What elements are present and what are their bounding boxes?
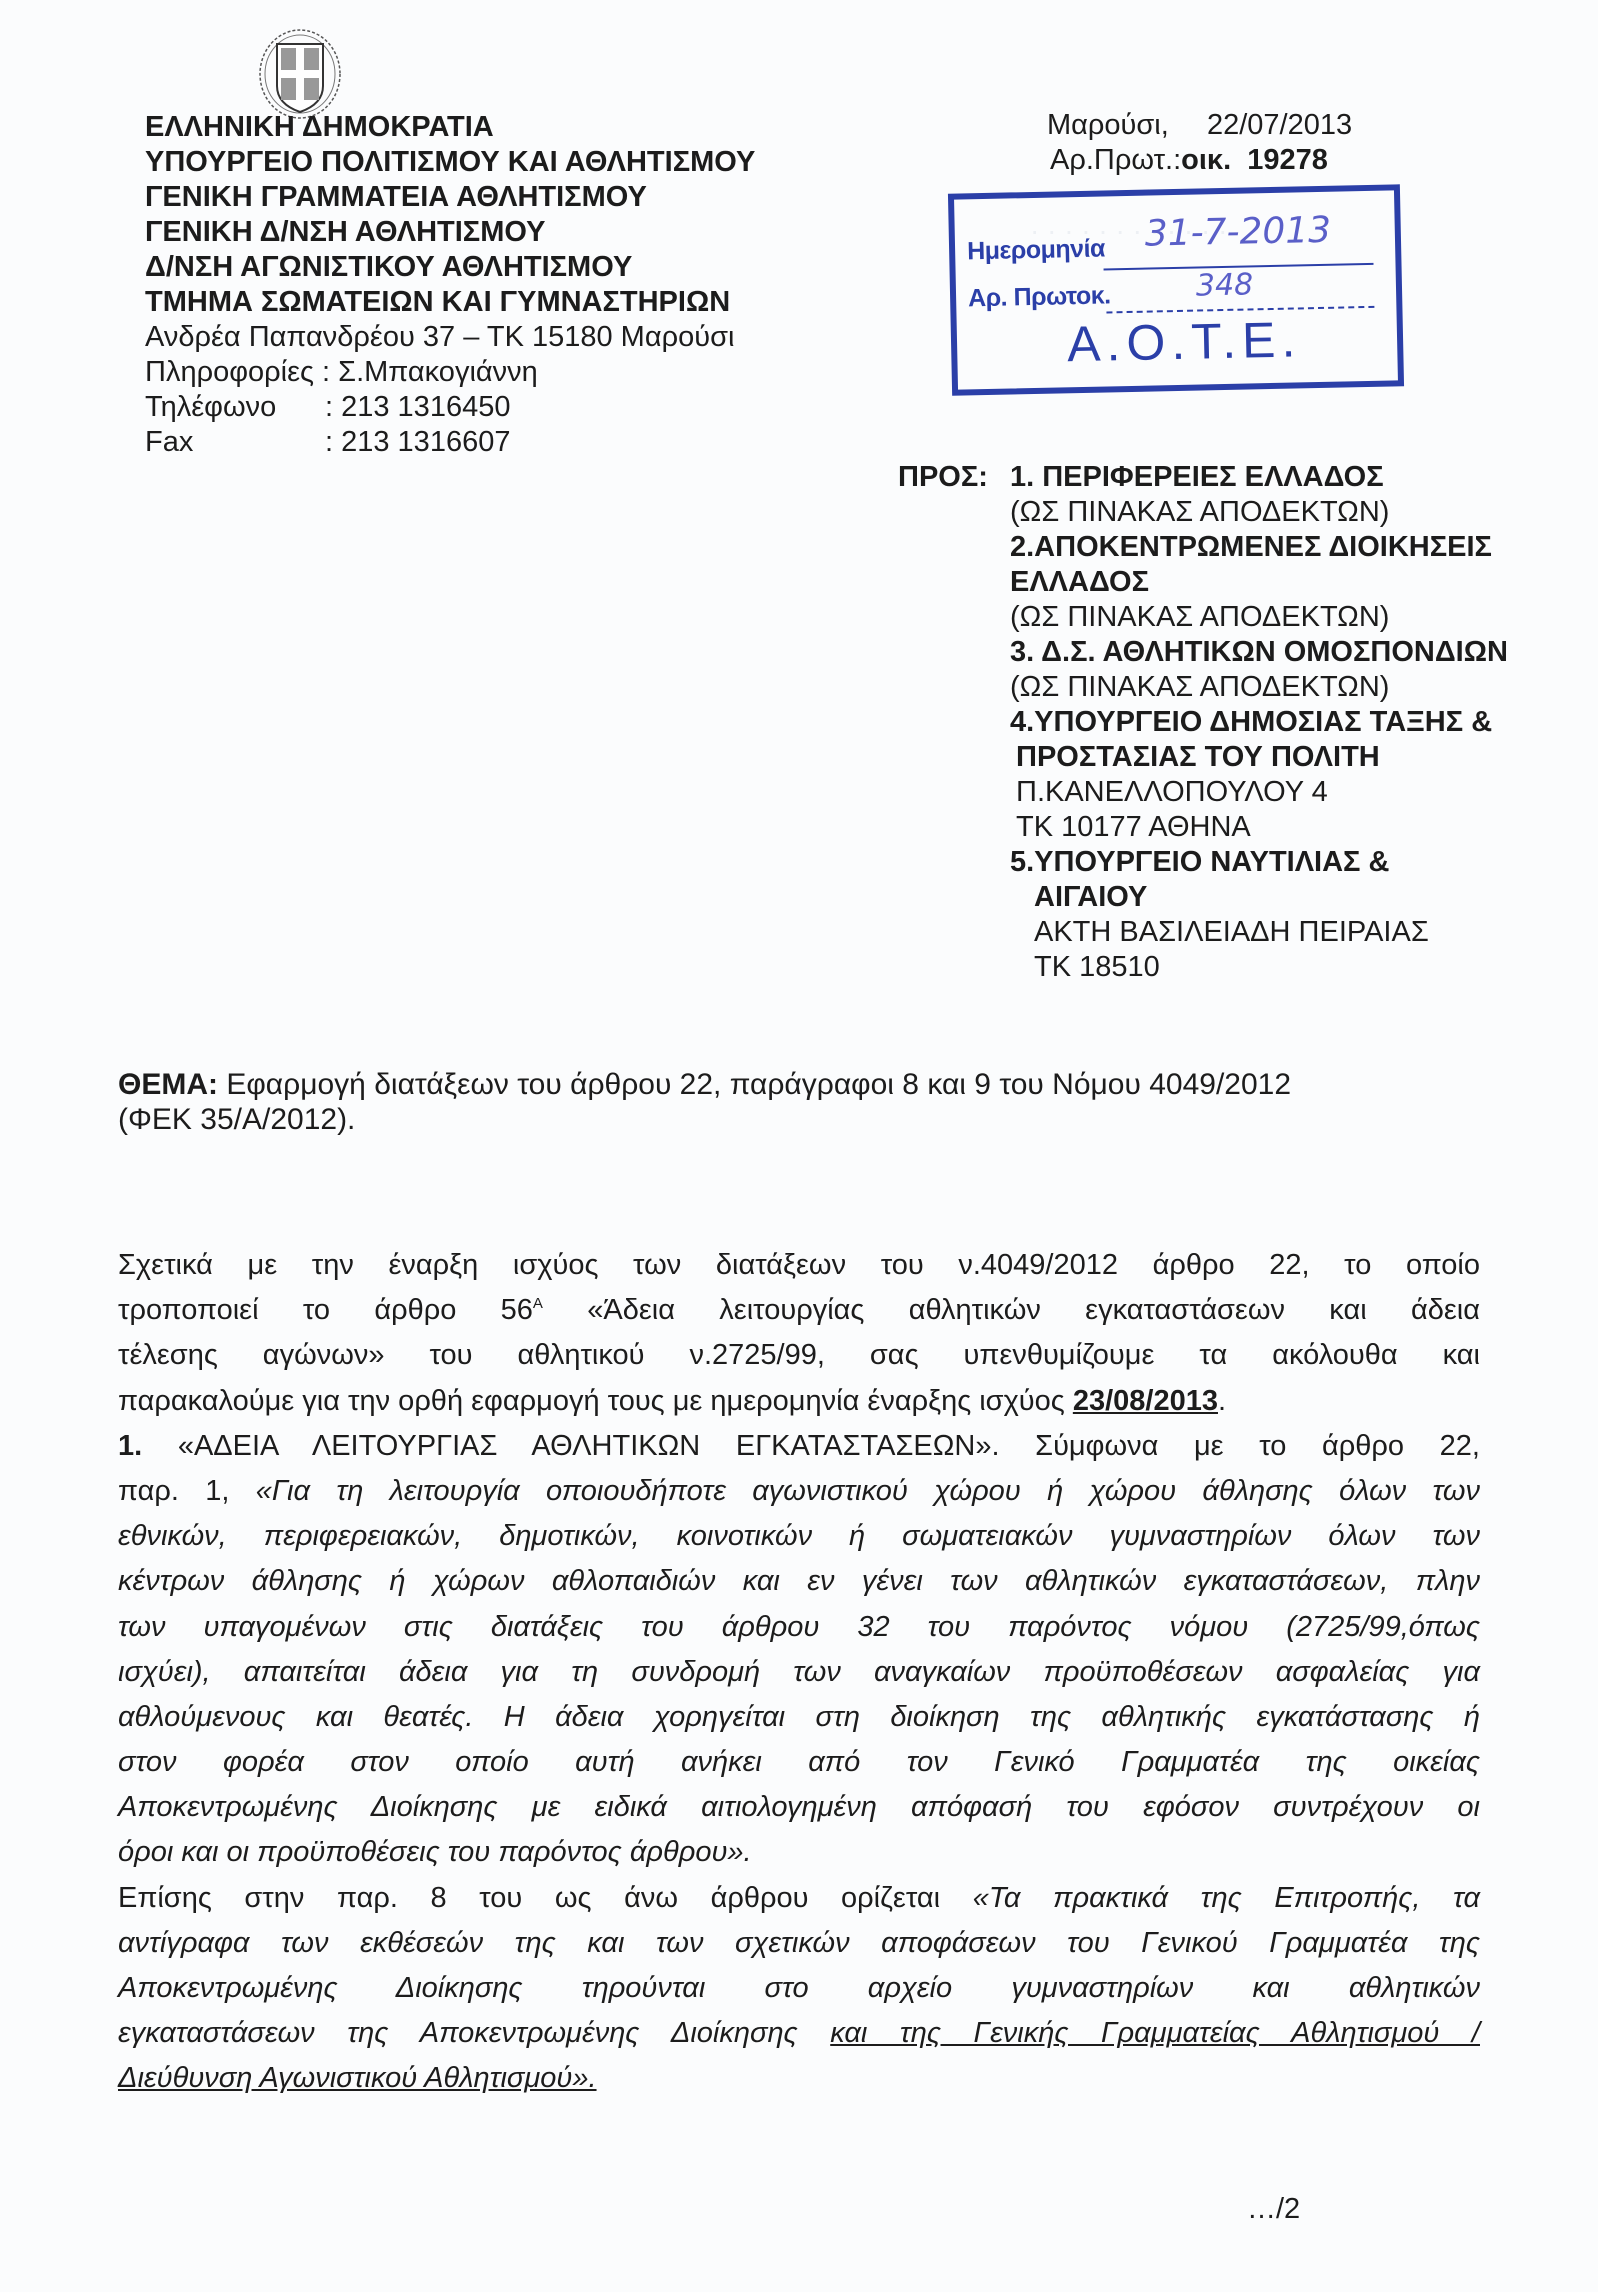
protocol-label: Αρ.Πρωτ.: (1050, 144, 1181, 176)
recipient-line: ΕΛΛΑΔΟΣ (1010, 565, 1149, 599)
recipient-line: Π.ΚΑΝΕΛΛΟΠΟΥΛΟΥ 4 (1016, 775, 1328, 809)
document-date: 22/07/2013 (1207, 109, 1352, 141)
section-1-heading: 1. «ΑΔΕΙΑ ΛΕΙΤΟΥΡΓΙΑΣ ΑΘΛΗΤΙΚΩΝ ΕΓΚΑΤΑΣΤ… (118, 1429, 1480, 1463)
body-line: τέλεσης αγώνων» του αθλητικού ν.2725/99,… (118, 1338, 1480, 1372)
page-continuation: …/2 (1247, 2192, 1300, 2226)
org-line: ΓΕΝΙΚΗ ΓΡΑΜΜΑΤΕΙΑ ΑΘΛΗΤΙΣΜΟΥ (145, 180, 647, 214)
recipient-line: 3. Δ.Σ. ΑΘΛΗΤΙΚΩΝ ΟΜΟΣΠΟΝΔΙΩΝ (1010, 635, 1508, 669)
recipient-line: (ΩΣ ΠΙΝΑΚΑΣ ΑΠΟΔΕΚΤΩΝ) (1010, 600, 1389, 634)
contact-fax: Fax: 213 1316607 (145, 425, 510, 459)
quote-line: Διεύθυνση Αγωνιστικού Αθλητισμού». (118, 2061, 1480, 2095)
quote-line: κέντρων άθλησης ή χώρων αθλοπαιδιών και … (118, 1564, 1480, 1598)
contact-label: Τηλέφωνο (145, 390, 325, 424)
quote-line: εγκαταστάσεων της Αποκεντρωμένης Διοίκησ… (118, 2016, 1480, 2050)
stamp-date-handwritten: 31-7-2013 (1144, 210, 1331, 255)
org-line: Δ/ΝΣΗ ΑΓΩΝΙΣΤΙΚΟΥ ΑΘΛΗΤΙΣΜΟΥ (145, 250, 632, 284)
org-line: ΥΠΟΥΡΓΕΙΟ ΠΟΛΙΤΙΣΜΟΥ ΚΑΙ ΑΘΛΗΤΙΣΜΟΥ (145, 145, 755, 179)
recipient-line: (ΩΣ ΠΙΝΑΚΑΣ ΑΠΟΔΕΚΤΩΝ) (1010, 495, 1389, 529)
subject-line-2: (ΦΕΚ 35/Α/2012). (118, 1103, 355, 1137)
contact-value: : 213 1316450 (325, 391, 510, 423)
quote-line: ισχύει), απαιτείται άδεια για τη συνδρομ… (118, 1655, 1480, 1689)
quote-line: Αποκεντρωμένης Διοίκησης με ειδικά αιτιο… (118, 1790, 1480, 1824)
greek-coat-of-arms-icon (255, 26, 345, 122)
protocol-prefix: οικ. (1181, 144, 1231, 176)
contact-info: Πληροφορίες : Σ.Μπακογιάννη (145, 355, 538, 389)
body-line: τροποποιεί το άρθρο 56Α «Άδεια λειτουργί… (118, 1293, 1480, 1327)
org-line: ΓΕΝΙΚΗ Δ/ΝΣΗ ΑΘΛΗΤΙΣΜΟΥ (145, 215, 545, 249)
place-date: Μαρούσι, 22/07/2013 (1047, 108, 1352, 142)
recipient-line: 1. ΠΕΡΙΦΕΡΕΙΕΣ ΕΛΛΑΔΟΣ (1010, 460, 1384, 494)
contact-label: Πληροφορίες (145, 356, 314, 388)
subject-line: ΘΕΜΑ: Εφαρμογή διατάξεων του άρθρου 22, … (118, 1068, 1291, 1102)
recipient-line: ΤΚ 10177 ΑΘΗΝΑ (1016, 810, 1251, 844)
recipient-line: (ΩΣ ΠΙΝΑΚΑΣ ΑΠΟΔΕΚΤΩΝ) (1010, 670, 1389, 704)
stamp-protocol-handwritten: 348 (1196, 267, 1254, 303)
org-line: ΕΛΛΗΝΙΚΗ ΔΗΜΟΚΡΑΤΙΑ (145, 110, 494, 144)
stamp-date-label: Ημερομηνία (967, 234, 1105, 266)
protocol-value: 19278 (1247, 144, 1328, 176)
body-line: Επίσης στην παρ. 8 του ως άνω άρθρου ορί… (118, 1881, 1480, 1915)
sender-address: Ανδρέα Παπανδρέου 37 – ΤΚ 15180 Μαρούσι (145, 320, 734, 354)
recipient-line: ΠΡΟΣΤΑΣΙΑΣ ΤΟΥ ΠΟΛΙΤΗ (1016, 740, 1380, 774)
effective-date: 23/08/2013 (1073, 1385, 1218, 1417)
recipient-line: ΤΚ 18510 (1034, 950, 1160, 984)
recipients-label: ΠΡΟΣ: (898, 460, 988, 494)
quote-line: Αποκεντρωμένης Διοίκησης τηρούνται στο α… (118, 1971, 1480, 2005)
quote-line: αθλούμενους και θεατές. Η άδεια χορηγείτ… (118, 1700, 1480, 1734)
quote-line: αντίγραφα των εκθέσεών της και των σχετι… (118, 1926, 1480, 1960)
quote-line: στον φορέα στον οποίο αυτή ανήκει από το… (118, 1745, 1480, 1779)
contact-value: : Σ.Μπακογιάννη (322, 356, 538, 388)
contact-label: Fax (145, 425, 325, 459)
recipient-line: 2.ΑΠΟΚΕΝΤΡΩΜΕΝΕΣ ΔΙΟΙΚΗΣΕΙΣ (1010, 530, 1492, 564)
contact-phone: Τηλέφωνο: 213 1316450 (145, 390, 510, 424)
recipient-line: 5.ΥΠΟΥΡΓΕΙΟ ΝΑΥΤΙΛΙΑΣ & (1010, 845, 1389, 879)
subject-text: Εφαρμογή διατάξεων του άρθρου 22, παράγρ… (226, 1068, 1291, 1101)
quote-line: εθνικών, περιφερειακών, δημοτικών, κοινο… (118, 1519, 1480, 1553)
receipt-stamp: Ημερομηνία 31-7-2013 Αρ. Πρωτοκ. 348 Α.Ο… (948, 184, 1404, 395)
protocol-number: Αρ.Πρωτ.:οικ. 19278 (1050, 143, 1328, 177)
org-line: ΤΜΗΜΑ ΣΩΜΑΤΕΙΩΝ ΚΑΙ ΓΥΜΝΑΣΤΗΡΙΩΝ (145, 285, 730, 319)
subject-label: ΘΕΜΑ: (118, 1068, 218, 1101)
body-line: Σχετικά με την έναρξη ισχύος των διατάξε… (118, 1248, 1480, 1282)
stamp-protocol-label: Αρ. Πρωτοκ. (968, 281, 1111, 313)
body-text: Σχετικά με την έναρξη ισχύος των διατάξε… (118, 1248, 1480, 2107)
contact-value: : 213 1316607 (325, 426, 510, 458)
quote-line: όροι και οι προϋποθέσεις του παρόντος άρ… (118, 1835, 1480, 1869)
recipient-line: 4.ΥΠΟΥΡΓΕΙΟ ΔΗΜΟΣΙΑΣ ΤΑΞΗΣ & (1010, 705, 1492, 739)
stamp-organization: Α.Ο.Τ.Ε. (1067, 310, 1302, 373)
quote-line: των υπαγομένων στις διατάξεις του άρθρου… (118, 1610, 1480, 1644)
body-line: παρακαλούμε για την ορθή εφαρμογή τους μ… (118, 1384, 1480, 1418)
recipient-line: ΑΚΤΗ ΒΑΣΙΛΕΙΑΔΗ ΠΕΙΡΑΙΑΣ (1034, 915, 1429, 949)
place: Μαρούσι, (1047, 109, 1169, 141)
recipient-line: ΑΙΓΑΙΟΥ (1034, 880, 1147, 914)
body-line: παρ. 1, «Για τη λειτουργία οποιουδήποτε … (118, 1474, 1480, 1508)
